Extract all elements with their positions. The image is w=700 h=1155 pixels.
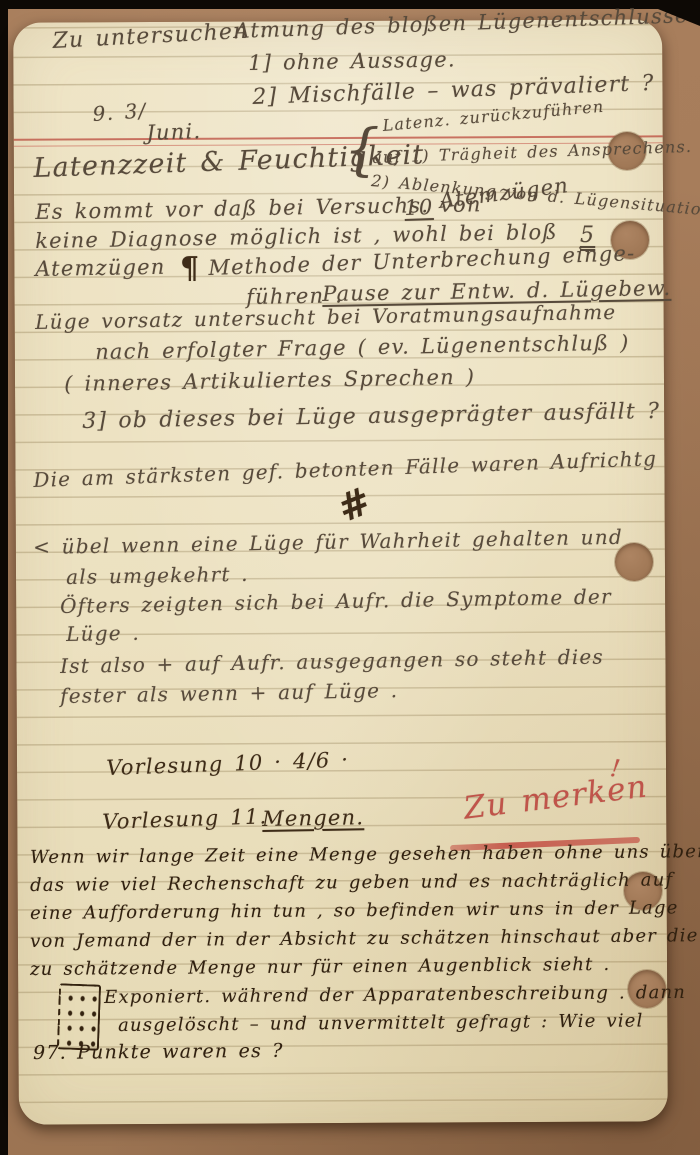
red-margin-rule [14, 135, 663, 146]
ruled-note-card [13, 19, 668, 1124]
photographed-notebook-page: Zu untersuchen :Atmung des bloßen Lügene… [0, 0, 700, 1155]
